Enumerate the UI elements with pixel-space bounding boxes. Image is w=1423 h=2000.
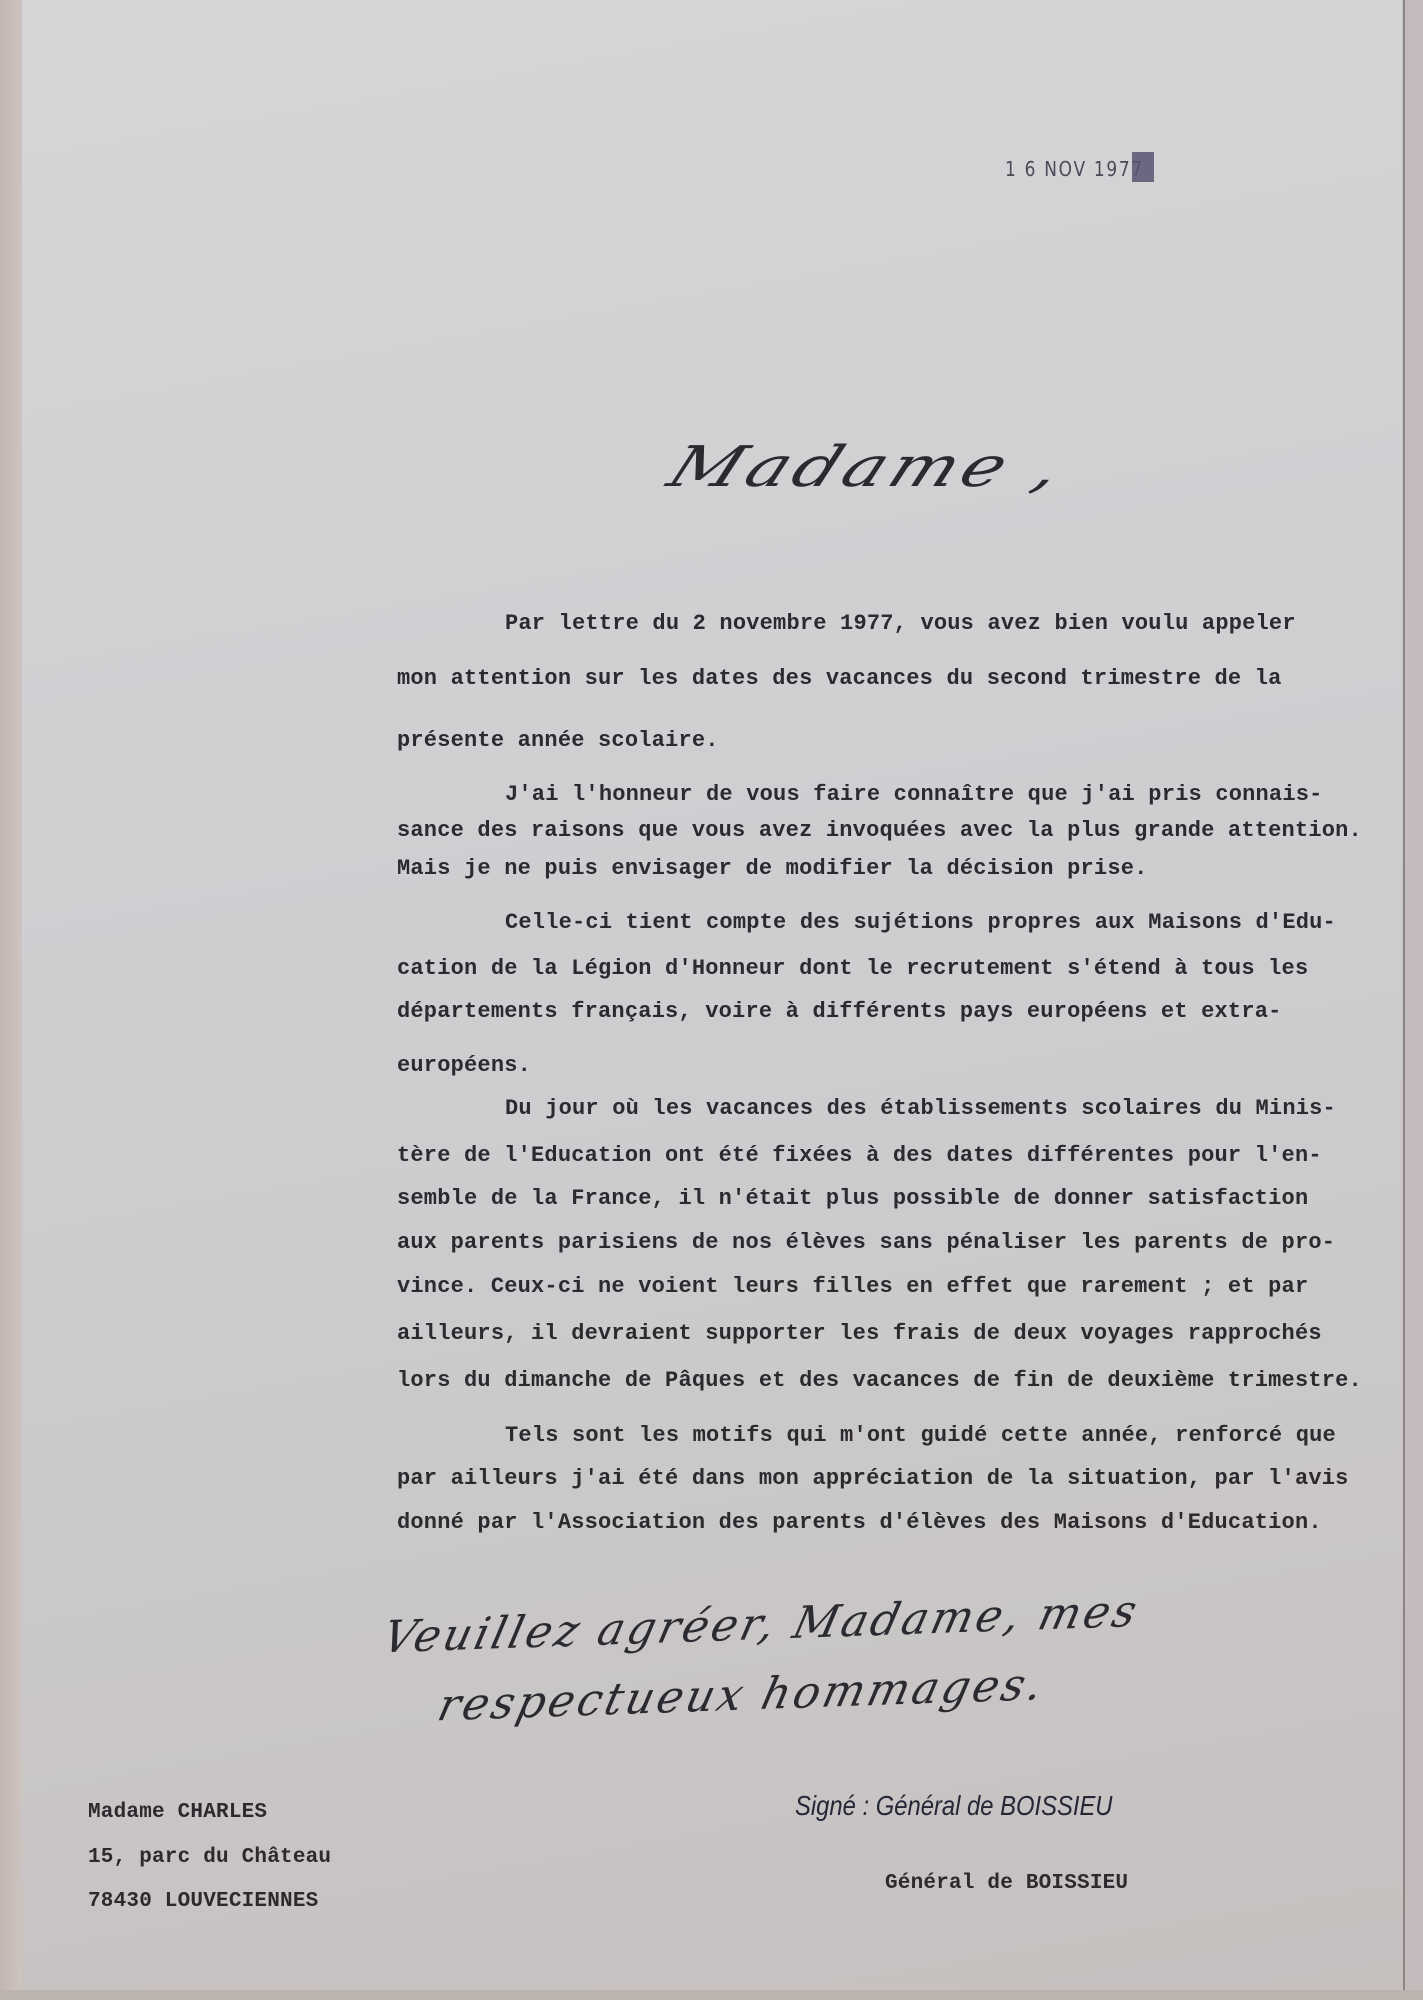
page-left-edge	[0, 0, 22, 2000]
handwritten-salutation: Madame ,	[659, 435, 1078, 500]
signature-stamp: Signé : Général de BOISSIEU	[795, 1790, 1113, 1822]
body-line: départements français, voire à différent…	[397, 1001, 1282, 1023]
body-line: Mais je ne puis envisager de modifier la…	[397, 858, 1148, 880]
date-stamp-ink-block	[1132, 152, 1154, 182]
body-line: Par lettre du 2 novembre 1977, vous avez…	[505, 613, 1296, 635]
body-line: Du jour où les vacances des établissemen…	[505, 1098, 1336, 1120]
date-stamp: 1 6 NOV 1977	[1005, 157, 1144, 181]
recipient-city: 78430 LOUVECIENNES	[88, 1890, 318, 1913]
body-line: mon attention sur les dates des vacances…	[397, 668, 1282, 690]
body-line: européens.	[397, 1055, 531, 1077]
body-line: Celle-ci tient compte des sujétions prop…	[505, 912, 1336, 934]
signatory-name: Général de BOISSIEU	[885, 1872, 1128, 1895]
body-line: cation de la Légion d'Honneur dont le re…	[397, 958, 1308, 980]
body-line: lors du dimanche de Pâques et des vacanc…	[397, 1370, 1362, 1392]
page-bottom-edge	[0, 1990, 1423, 2000]
body-line: tère de l'Education ont été fixées à des…	[397, 1145, 1322, 1167]
body-line: semble de la France, il n'était plus pos…	[397, 1188, 1308, 1210]
page-right-edge	[1405, 0, 1423, 2000]
body-line: Tels sont les motifs qui m'ont guidé cet…	[505, 1425, 1336, 1447]
body-line: aux parents parisiens de nos élèves sans…	[397, 1232, 1335, 1254]
body-line: donné par l'Association des parents d'él…	[397, 1512, 1322, 1534]
recipient-name: Madame CHARLES	[88, 1801, 267, 1824]
body-line: ailleurs, il devraient supporter les fra…	[397, 1323, 1322, 1345]
body-line: sance des raisons que vous avez invoquée…	[397, 820, 1362, 842]
recipient-street: 15, parc du Château	[88, 1846, 331, 1869]
body-line: présente année scolaire.	[397, 730, 719, 752]
body-line: par ailleurs j'ai été dans mon appréciat…	[397, 1468, 1349, 1490]
body-line: J'ai l'honneur de vous faire connaître q…	[505, 784, 1323, 806]
body-line: vince. Ceux-ci ne voient leurs filles en…	[397, 1276, 1308, 1298]
